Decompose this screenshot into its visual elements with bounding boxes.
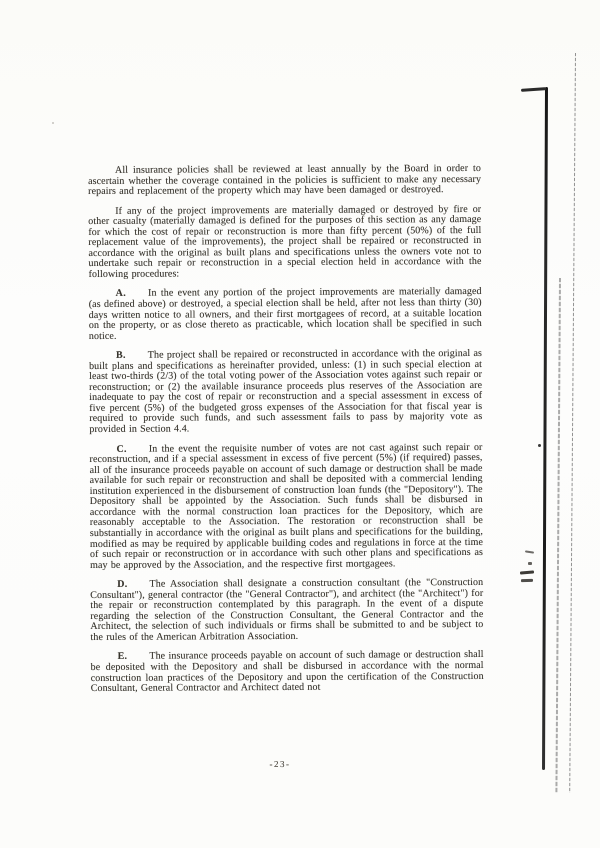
paragraph-text: In the event the requisite number of vot… [90, 442, 484, 571]
scan-margin-mark [520, 570, 534, 574]
section-a: A.In the event any portion of the projec… [89, 287, 482, 342]
section-c-label: C. [116, 443, 126, 454]
scan-margin-mark [528, 562, 532, 565]
paragraph-text: The Association shall designate a constr… [90, 577, 483, 643]
scan-artifact-dash [521, 87, 546, 91]
scan-fold-line-outer [569, 53, 576, 793]
scan-fold-line-inner [555, 278, 561, 793]
paragraph-text: In the event any portion of the project … [89, 286, 482, 341]
page-number: -23- [250, 759, 310, 769]
paragraph-text: All insurance policies shall be reviewed… [88, 163, 481, 197]
scan-speck [52, 122, 54, 124]
document-page: All insurance policies shall be reviewed… [0, 0, 600, 848]
section-d-label: D. [117, 579, 127, 590]
section-a-label: A. [116, 288, 126, 299]
paragraph-text: If any of the project improvements are m… [88, 204, 481, 280]
section-b: B.The project shall be repaired or recon… [89, 349, 482, 435]
section-e: E.The insurance proceeds payable on acco… [91, 650, 484, 694]
section-c: C.In the event the requisite number of v… [89, 443, 483, 572]
scan-margin-mark [521, 579, 533, 582]
paragraph-insurance-review: All insurance policies shall be reviewed… [88, 164, 481, 198]
scan-speck [538, 444, 541, 447]
paragraph-text: The insurance proceeds payable on accoun… [91, 649, 484, 694]
paragraph-damage-definition: If any of the project improvements are m… [88, 205, 481, 281]
scan-spine-line-dark [542, 87, 548, 770]
paragraph-text: The project shall be repaired or reconst… [89, 348, 482, 435]
section-b-label: B. [116, 350, 126, 361]
section-e-label: E. [118, 651, 128, 662]
scan-margin-mark [525, 550, 534, 553]
document-text-block: All insurance policies shall be reviewed… [88, 164, 484, 695]
section-d: D.The Association shall designate a cons… [90, 578, 483, 643]
